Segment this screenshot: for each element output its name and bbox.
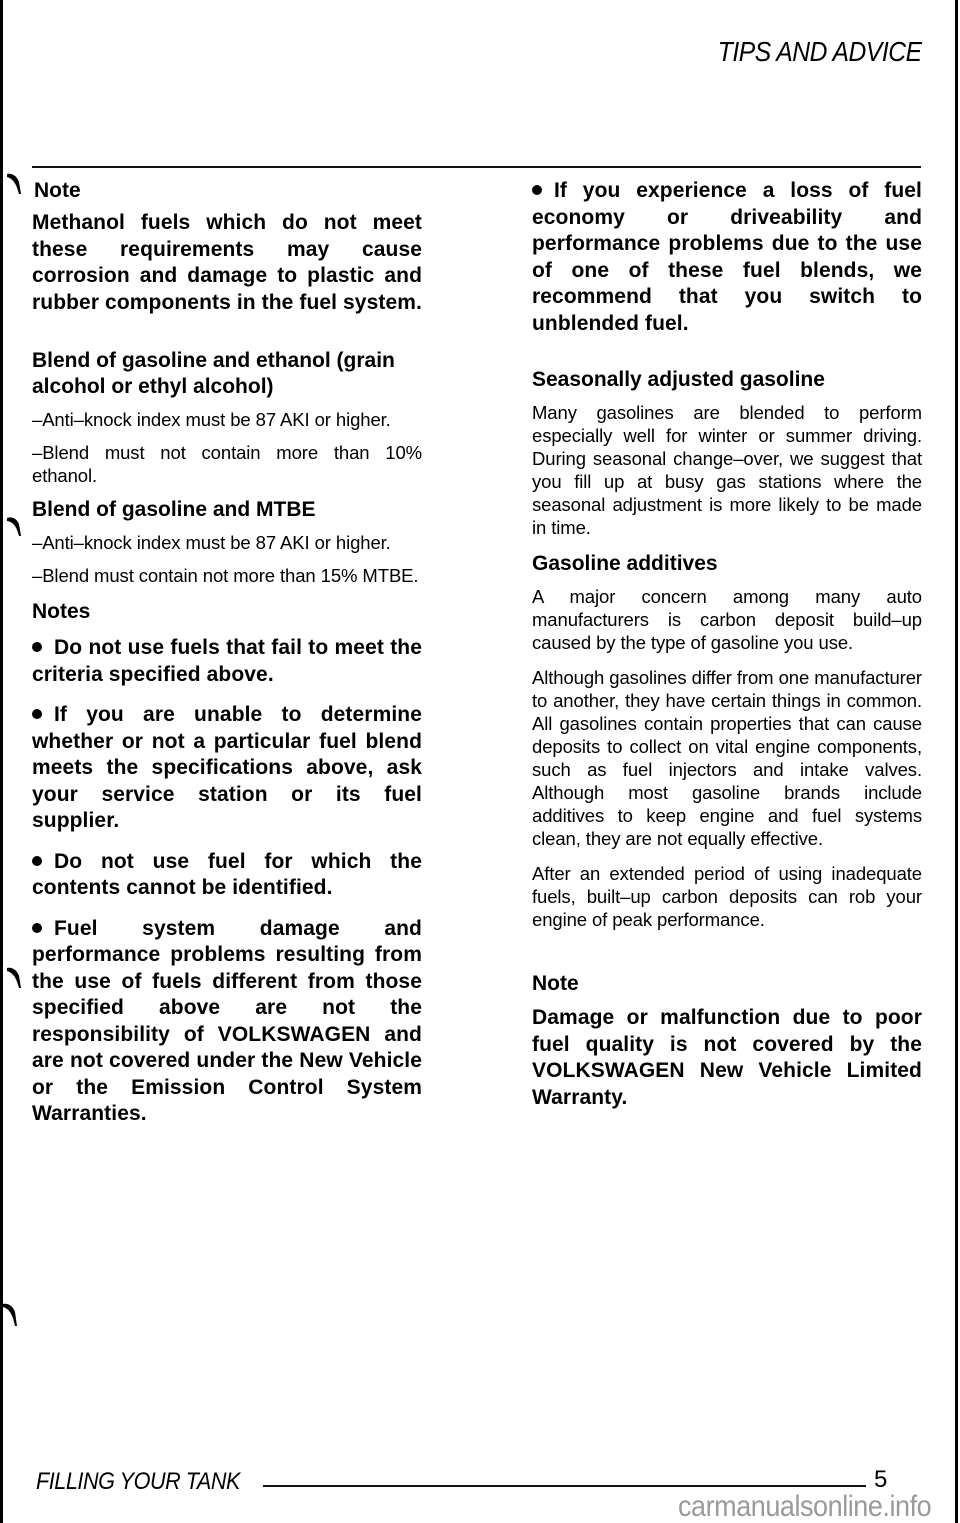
margin-mark-icon <box>6 514 24 538</box>
ethanol-item: –Blend must not contain more than 10% et… <box>32 441 422 487</box>
warranty-note-label: Note <box>532 971 922 997</box>
margin-mark-icon <box>6 966 24 990</box>
watermark: carmanualsonline.info <box>678 1490 931 1523</box>
note-label: Note <box>34 178 422 204</box>
ethanol-item: –Anti–knock index must be 87 AKI or high… <box>32 408 422 431</box>
margin-mark-icon <box>6 172 24 196</box>
seasonal-text: Many gasolines are blended to perform es… <box>532 401 922 539</box>
mtbe-heading: Blend of gasoline and MTBE <box>32 497 422 523</box>
notes-bullet: If you are unable to determine whether o… <box>32 702 422 835</box>
margin-mark-icon <box>2 1302 20 1326</box>
bullet-icon <box>32 642 42 652</box>
notes-bullet: Do not use fuel for which the contents c… <box>32 849 422 902</box>
bullet-icon <box>32 709 42 719</box>
additives-paragraph: A major concern among many auto manufact… <box>532 585 922 654</box>
notes-bullet: Do not use fuels that fail to meet the c… <box>32 635 422 688</box>
running-head: TIPS AND ADVICE <box>718 36 922 68</box>
footer-rule <box>263 1485 866 1487</box>
notes-heading: Notes <box>32 599 422 625</box>
ethanol-heading: Blend of gasoline and ethanol (grain alc… <box>32 348 422 400</box>
right-column: If you experience a loss of fuel economy… <box>532 178 922 1111</box>
warranty-note-text: Damage or malfunction due to poor fuel q… <box>532 1005 922 1111</box>
additives-heading: Gasoline additives <box>532 551 922 577</box>
bullet-icon <box>532 185 542 195</box>
left-column: Note Methanol fuels which do not meet th… <box>32 178 422 1128</box>
mtbe-item: –Blend must contain not more than 15% MT… <box>32 564 422 587</box>
additives-paragraph: After an extended period of using inadeq… <box>532 862 922 931</box>
page-border-left <box>0 0 3 1523</box>
bullet-icon <box>32 856 42 866</box>
additives-paragraph: Although gasolines differ from one manuf… <box>532 666 922 850</box>
header-rule <box>32 166 921 168</box>
notes-bullet: Fuel system damage and performance probl… <box>32 916 422 1128</box>
blend-bullet: If you experience a loss of fuel economy… <box>532 178 922 337</box>
methanol-note-text: Methanol fuels which do not meet these r… <box>32 210 422 316</box>
seasonal-heading: Seasonally adjusted gasoline <box>532 367 922 393</box>
footer-section-title: FILLING YOUR TANK <box>36 1468 240 1496</box>
bullet-icon <box>32 923 42 933</box>
mtbe-item: –Anti–knock index must be 87 AKI or high… <box>32 531 422 554</box>
page-border-right <box>955 0 958 1523</box>
